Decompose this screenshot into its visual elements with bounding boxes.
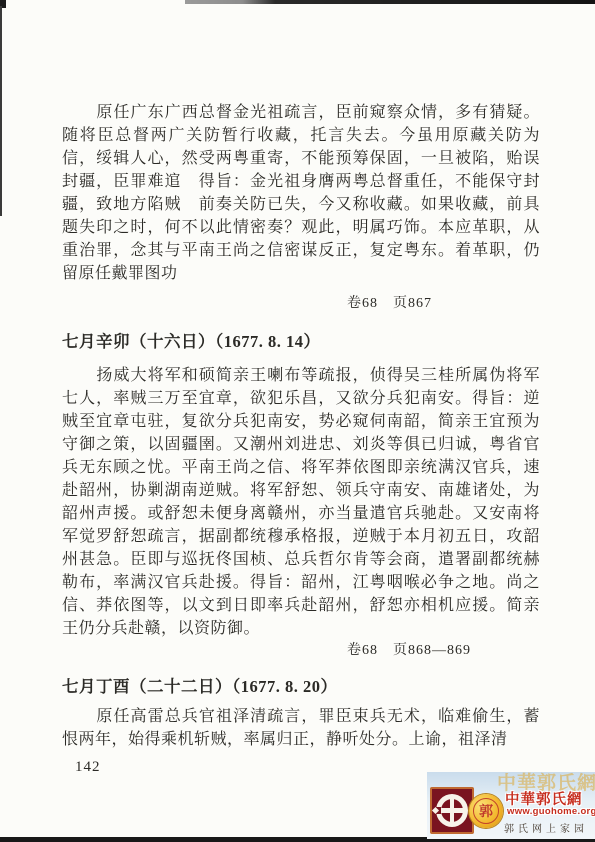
coin-character: 郭 bbox=[473, 798, 499, 824]
watermark-tagline: 郭氏网上家园 bbox=[504, 820, 588, 835]
entry-body: 原任高雷总兵官祖泽清疏言，罪臣束兵无术，临难偷生，蓄恨两年，始得乘机斩贼，率属归… bbox=[62, 705, 540, 751]
entry-body: 扬威大将军和硕简亲王喇布等疏报，侦得吴三桂所属伪将军七人，率贼三万至宜章，欲犯乐… bbox=[62, 364, 540, 640]
watermark-url: www.guohome.org bbox=[507, 806, 595, 817]
guo-coin-icon: 郭 bbox=[469, 794, 503, 828]
record-entry: 七月丁酉（二十二日）（1677. 8. 20） 原任高雷总兵官祖泽清疏言，罪臣束… bbox=[62, 675, 540, 751]
record-entry: 原任广东广西总督金光祖疏言，臣前窥察众情，多有猜疑。随将臣总督两广关防暂行收藏，… bbox=[62, 101, 540, 314]
page-content: 原任广东广西总督金光祖疏言，臣前窥察众情，多有猜疑。随将臣总督两广关防暂行收藏，… bbox=[62, 0, 540, 777]
guo-clan-seal-icon bbox=[430, 787, 474, 834]
record-entry: 七月辛卯（十六日）（1677. 8. 14） 扬威大将军和硕简亲王喇布等疏报，侦… bbox=[62, 330, 540, 661]
site-watermark: 郭 中華郭氏網 中華郭氏網 www.guohome.org 郭氏网上家园 bbox=[427, 772, 595, 839]
entry-body: 原任广东广西总督金光祖疏言，臣前窥察众情，多有猜疑。随将臣总督两广关防暂行收藏，… bbox=[62, 101, 540, 285]
citation: 卷68 页867 bbox=[347, 294, 540, 314]
citation: 卷68 页868—869 bbox=[347, 641, 540, 661]
entry-heading: 七月丁酉（二十二日）（1677. 8. 20） bbox=[62, 675, 540, 699]
scan-left-edge-line bbox=[0, 6, 2, 216]
entry-heading: 七月辛卯（十六日）（1677. 8. 14） bbox=[62, 330, 540, 354]
scanned-page: 原任广东广西总督金光祖疏言，臣前窥察众情，多有猜疑。随将臣总督两广关防暂行收藏，… bbox=[0, 0, 595, 842]
seal-cross-shape bbox=[441, 808, 463, 813]
